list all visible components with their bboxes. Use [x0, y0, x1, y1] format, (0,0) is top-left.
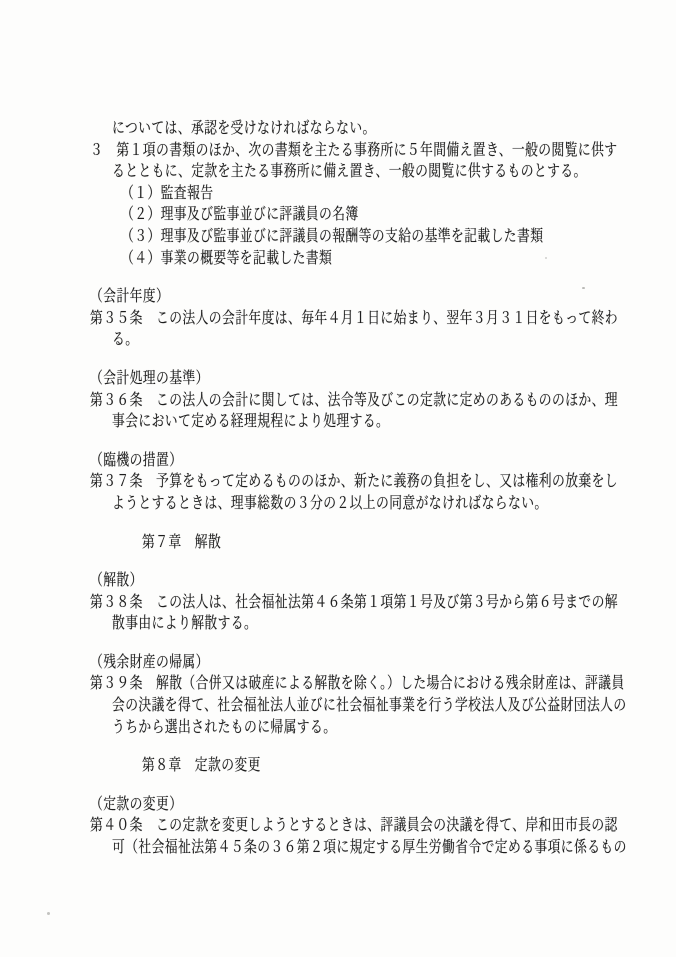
text-line-content: 第３７条 予算をもって定めるもののほか、新たに義務の負担をし、又は権利の放棄をし	[90, 471, 618, 493]
article-38-dissolution: （解散）第３８条 この法人は、社会福祉法第４６条第１項第１号及び第３号から第６号…	[0, 570, 676, 635]
text-line-content: 第４０条 この定款を変更しようとするときは、評議員会の決議を得て、岸和田市長の認	[90, 815, 618, 837]
text-line: （定款の変更）	[0, 794, 676, 816]
text-line: （臨機の措置）	[0, 450, 676, 472]
text-line-content: るとともに、定款を主たる事務所に備え置き、一般の閲覧に供するものとする。	[112, 161, 587, 183]
text-line: （会計処理の基準）	[0, 368, 676, 390]
chapter-8-heading: 第８章 定款の変更	[0, 755, 676, 777]
text-line: る。	[0, 329, 676, 351]
text-line-content: 第３５条 この法人の会計年度は、毎年４月１日に始まり、翌年３月３１日をもって終わ	[90, 308, 618, 330]
text-line: 第３５条 この法人の会計年度は、毎年４月１日に始まり、翌年３月３１日をもって終わ	[0, 308, 676, 330]
text-line-content: （４）事業の概要等を記載した書類	[121, 248, 332, 270]
text-line: ようとするときは、理事総数の３分の２以上の同意がなければならない。	[0, 493, 676, 515]
text-line: 会の決議を得て、社会福祉法人並びに社会福祉事業を行う学校法人及び公益財団法人の	[0, 695, 676, 717]
text-line-content: については、承認を受けなければならない。	[112, 118, 376, 140]
text-line-content: 可（社会福祉法第４５条の３６第２項に規定する厚生労働省令で定める事項に係るもの	[112, 837, 627, 859]
text-line-content: 散事由により解散する。	[112, 613, 257, 635]
text-line: （会計年度）	[0, 286, 676, 308]
text-line-content: 会の決議を得て、社会福祉法人並びに社会福祉事業を行う学校法人及び公益財団法人の	[112, 695, 627, 717]
text-line: （４）事業の概要等を記載した書類	[0, 248, 676, 270]
text-line-content: （３）理事及び監事並びに評議員の報酬等の支給の基準を記載した書類	[121, 226, 543, 248]
text-line-content: （臨機の措置）	[90, 450, 182, 472]
article-34-inspection-paragraph: については、承認を受けなければならない。３ 第１項の書類のほか、次の書類を主たる…	[0, 118, 676, 269]
text-line: 第３８条 この法人は、社会福祉法第４６条第１項第１号及び第３号から第６号までの解	[0, 592, 676, 614]
scan-artifact-speck	[47, 912, 50, 915]
scan-artifact-speck	[545, 257, 547, 259]
article-37-emergency-measures: （臨機の措置）第３７条 予算をもって定めるもののほか、新たに義務の負担をし、又は…	[0, 450, 676, 515]
text-line: ３ 第１項の書類のほか、次の書類を主たる事務所に５年間備え置き、一般の閲覧に供す	[0, 140, 676, 162]
text-line: 可（社会福祉法第４５条の３６第２項に規定する厚生労働省令で定める事項に係るもの	[0, 837, 676, 859]
text-line: については、承認を受けなければならない。	[0, 118, 676, 140]
text-line-content: うちから選出されたものに帰属する。	[112, 717, 336, 739]
text-line-content: （残余財産の帰属）	[90, 652, 209, 674]
text-line: るとともに、定款を主たる事務所に備え置き、一般の閲覧に供するものとする。	[0, 161, 676, 183]
text-line-content: （定款の変更）	[90, 794, 182, 816]
text-line: うちから選出されたものに帰属する。	[0, 717, 676, 739]
text-line-content: （会計処理の基準）	[90, 368, 209, 390]
text-line: 第３７条 予算をもって定めるもののほか、新たに義務の負担をし、又は権利の放棄をし	[0, 471, 676, 493]
chapter-7-heading: 第７章 解散	[0, 532, 676, 554]
text-line-content: る。	[112, 329, 138, 351]
text-line-content: 第３８条 この法人は、社会福祉法第４６条第１項第１号及び第３号から第６号までの解	[90, 592, 618, 614]
text-line-content: 第３９条 解散（合併又は破産による解散を除く。）した場合における残余財産は、評議…	[90, 673, 625, 695]
text-line: （３）理事及び監事並びに評議員の報酬等の支給の基準を記載した書類	[0, 226, 676, 248]
text-line: （解散）	[0, 570, 676, 592]
text-line: 事会において定める経理規程により処理する。	[0, 411, 676, 433]
text-line-content: （２）理事及び監事並びに評議員の名簿	[121, 204, 359, 226]
scanned-document-page: については、承認を受けなければならない。３ 第１項の書類のほか、次の書類を主たる…	[0, 0, 676, 957]
text-line: （２）理事及び監事並びに評議員の名簿	[0, 204, 676, 226]
article-36-accounting-standards: （会計処理の基準）第３６条 この法人の会計に関しては、法令等及びこの定款に定めの…	[0, 368, 676, 433]
scan-artifact-speck	[582, 287, 585, 289]
text-line-content: ３ 第１項の書類のほか、次の書類を主たる事務所に５年間備え置き、一般の閲覧に供す	[90, 140, 618, 162]
text-line: 第３６条 この法人の会計に関しては、法令等及びこの定款に定めのあるもののほか、理	[0, 390, 676, 412]
text-line: 第８章 定款の変更	[0, 755, 676, 777]
text-line: （１）監査報告	[0, 183, 676, 205]
text-line-content: 第７章 解散	[142, 532, 221, 554]
article-40-amendment: （定款の変更）第４０条 この定款を変更しようとするときは、評議員会の決議を得て、…	[0, 794, 676, 859]
text-line: 散事由により解散する。	[0, 613, 676, 635]
article-39-residual-assets: （残余財産の帰属）第３９条 解散（合併又は破産による解散を除く。）した場合におけ…	[0, 652, 676, 738]
text-line-content: （解散）	[90, 570, 143, 592]
document-text-body: については、承認を受けなければならない。３ 第１項の書類のほか、次の書類を主たる…	[0, 0, 676, 859]
text-line-content: （会計年度）	[90, 286, 169, 308]
text-line: 第４０条 この定款を変更しようとするときは、評議員会の決議を得て、岸和田市長の認	[0, 815, 676, 837]
text-line-content: 事会において定める経理規程により処理する。	[112, 411, 389, 433]
text-line-content: （１）監査報告	[121, 183, 213, 205]
text-line: （残余財産の帰属）	[0, 652, 676, 674]
text-line-content: 第８章 定款の変更	[142, 755, 261, 777]
text-line-content: ようとするときは、理事総数の３分の２以上の同意がなければならない。	[112, 493, 548, 515]
text-line-content: 第３６条 この法人の会計に関しては、法令等及びこの定款に定めのあるもののほか、理	[90, 390, 618, 412]
text-line: 第７章 解散	[0, 532, 676, 554]
article-35-fiscal-year: （会計年度）第３５条 この法人の会計年度は、毎年４月１日に始まり、翌年３月３１日…	[0, 286, 676, 351]
text-line: 第３９条 解散（合併又は破産による解散を除く。）した場合における残余財産は、評議…	[0, 673, 676, 695]
